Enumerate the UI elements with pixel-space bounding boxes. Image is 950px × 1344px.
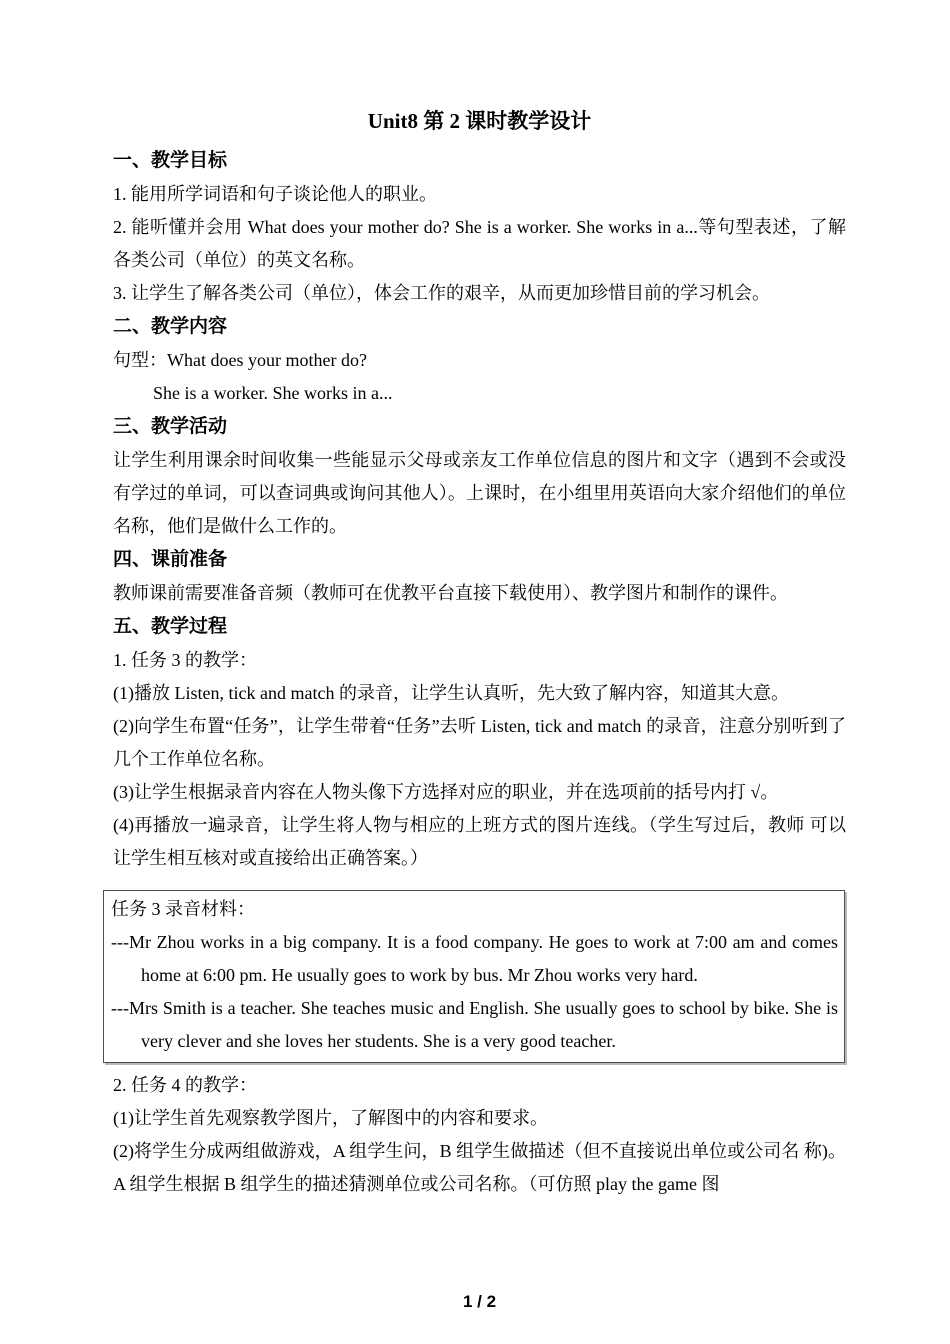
section-heading-process: 五、教学过程 xyxy=(113,610,846,644)
goal-item-3: 3. 让学生了解各类公司（单位），体会工作的艰辛，从而更加珍惜目前的学习机会。 xyxy=(113,277,846,310)
sentence-pattern-answer: She is a worker. She works in a... xyxy=(113,377,846,410)
sentence-pattern-question: 句型：What does your mother do? xyxy=(113,344,846,377)
section-heading-activities: 三、教学活动 xyxy=(113,410,846,444)
section-heading-goals: 一、教学目标 xyxy=(113,144,846,178)
document-page: Unit8 第 2 课时教学设计 一、教学目标 1. 能用所学词语和句子谈论他人… xyxy=(113,106,846,1201)
task3-step-2: (2)向学生布置“任务”，让学生带着“任务”去听 Listen, tick an… xyxy=(113,710,846,776)
task4-title: 2. 任务 4 的教学： xyxy=(113,1069,846,1102)
activities-paragraph: 让学生利用课余时间收集一些能显示父母或亲友工作单位信息的图片和文字（遇到不会或没… xyxy=(113,444,846,543)
audio-script-mr-zhou: ---Mr Zhou works in a big company. It is… xyxy=(111,926,838,992)
audio-script-box: 任务 3 录音材料： ---Mr Zhou works in a big com… xyxy=(103,890,845,1063)
task3-step-1: (1)播放 Listen, tick and match 的录音，让学生认真听，… xyxy=(113,677,846,710)
audio-box-label: 任务 3 录音材料： xyxy=(111,893,838,926)
goal-item-1: 1. 能用所学词语和句子谈论他人的职业。 xyxy=(113,178,846,211)
preparation-paragraph: 教师课前需要准备音频（教师可在优教平台直接下载使用）、教学图片和制作的课件。 xyxy=(113,577,846,610)
document-title: Unit8 第 2 课时教学设计 xyxy=(113,106,846,136)
goal-item-2: 2. 能听懂并会用 What does your mother do? She … xyxy=(113,211,846,277)
task3-step-4: (4)再播放一遍录音，让学生将人物与相应的上班方式的图片连线。（学生写过后，教师… xyxy=(113,809,846,875)
section-heading-preparation: 四、课前准备 xyxy=(113,543,846,577)
section-heading-content: 二、教学内容 xyxy=(113,310,846,344)
task3-title: 1. 任务 3 的教学： xyxy=(113,644,846,677)
page-number-indicator: 1 / 2 xyxy=(113,1292,846,1312)
task4-step-1: (1)让学生首先观察教学图片，了解图中的内容和要求。 xyxy=(113,1102,846,1135)
audio-script-mrs-smith: ---Mrs Smith is a teacher. She teaches m… xyxy=(111,992,838,1058)
task3-step-3: (3)让学生根据录音内容在人物头像下方选择对应的职业，并在选项前的括号内打 √。 xyxy=(113,776,846,809)
task4-step-2: (2)将学生分成两组做游戏，A 组学生问，B 组学生做描述（但不直接说出单位或公… xyxy=(113,1135,846,1201)
